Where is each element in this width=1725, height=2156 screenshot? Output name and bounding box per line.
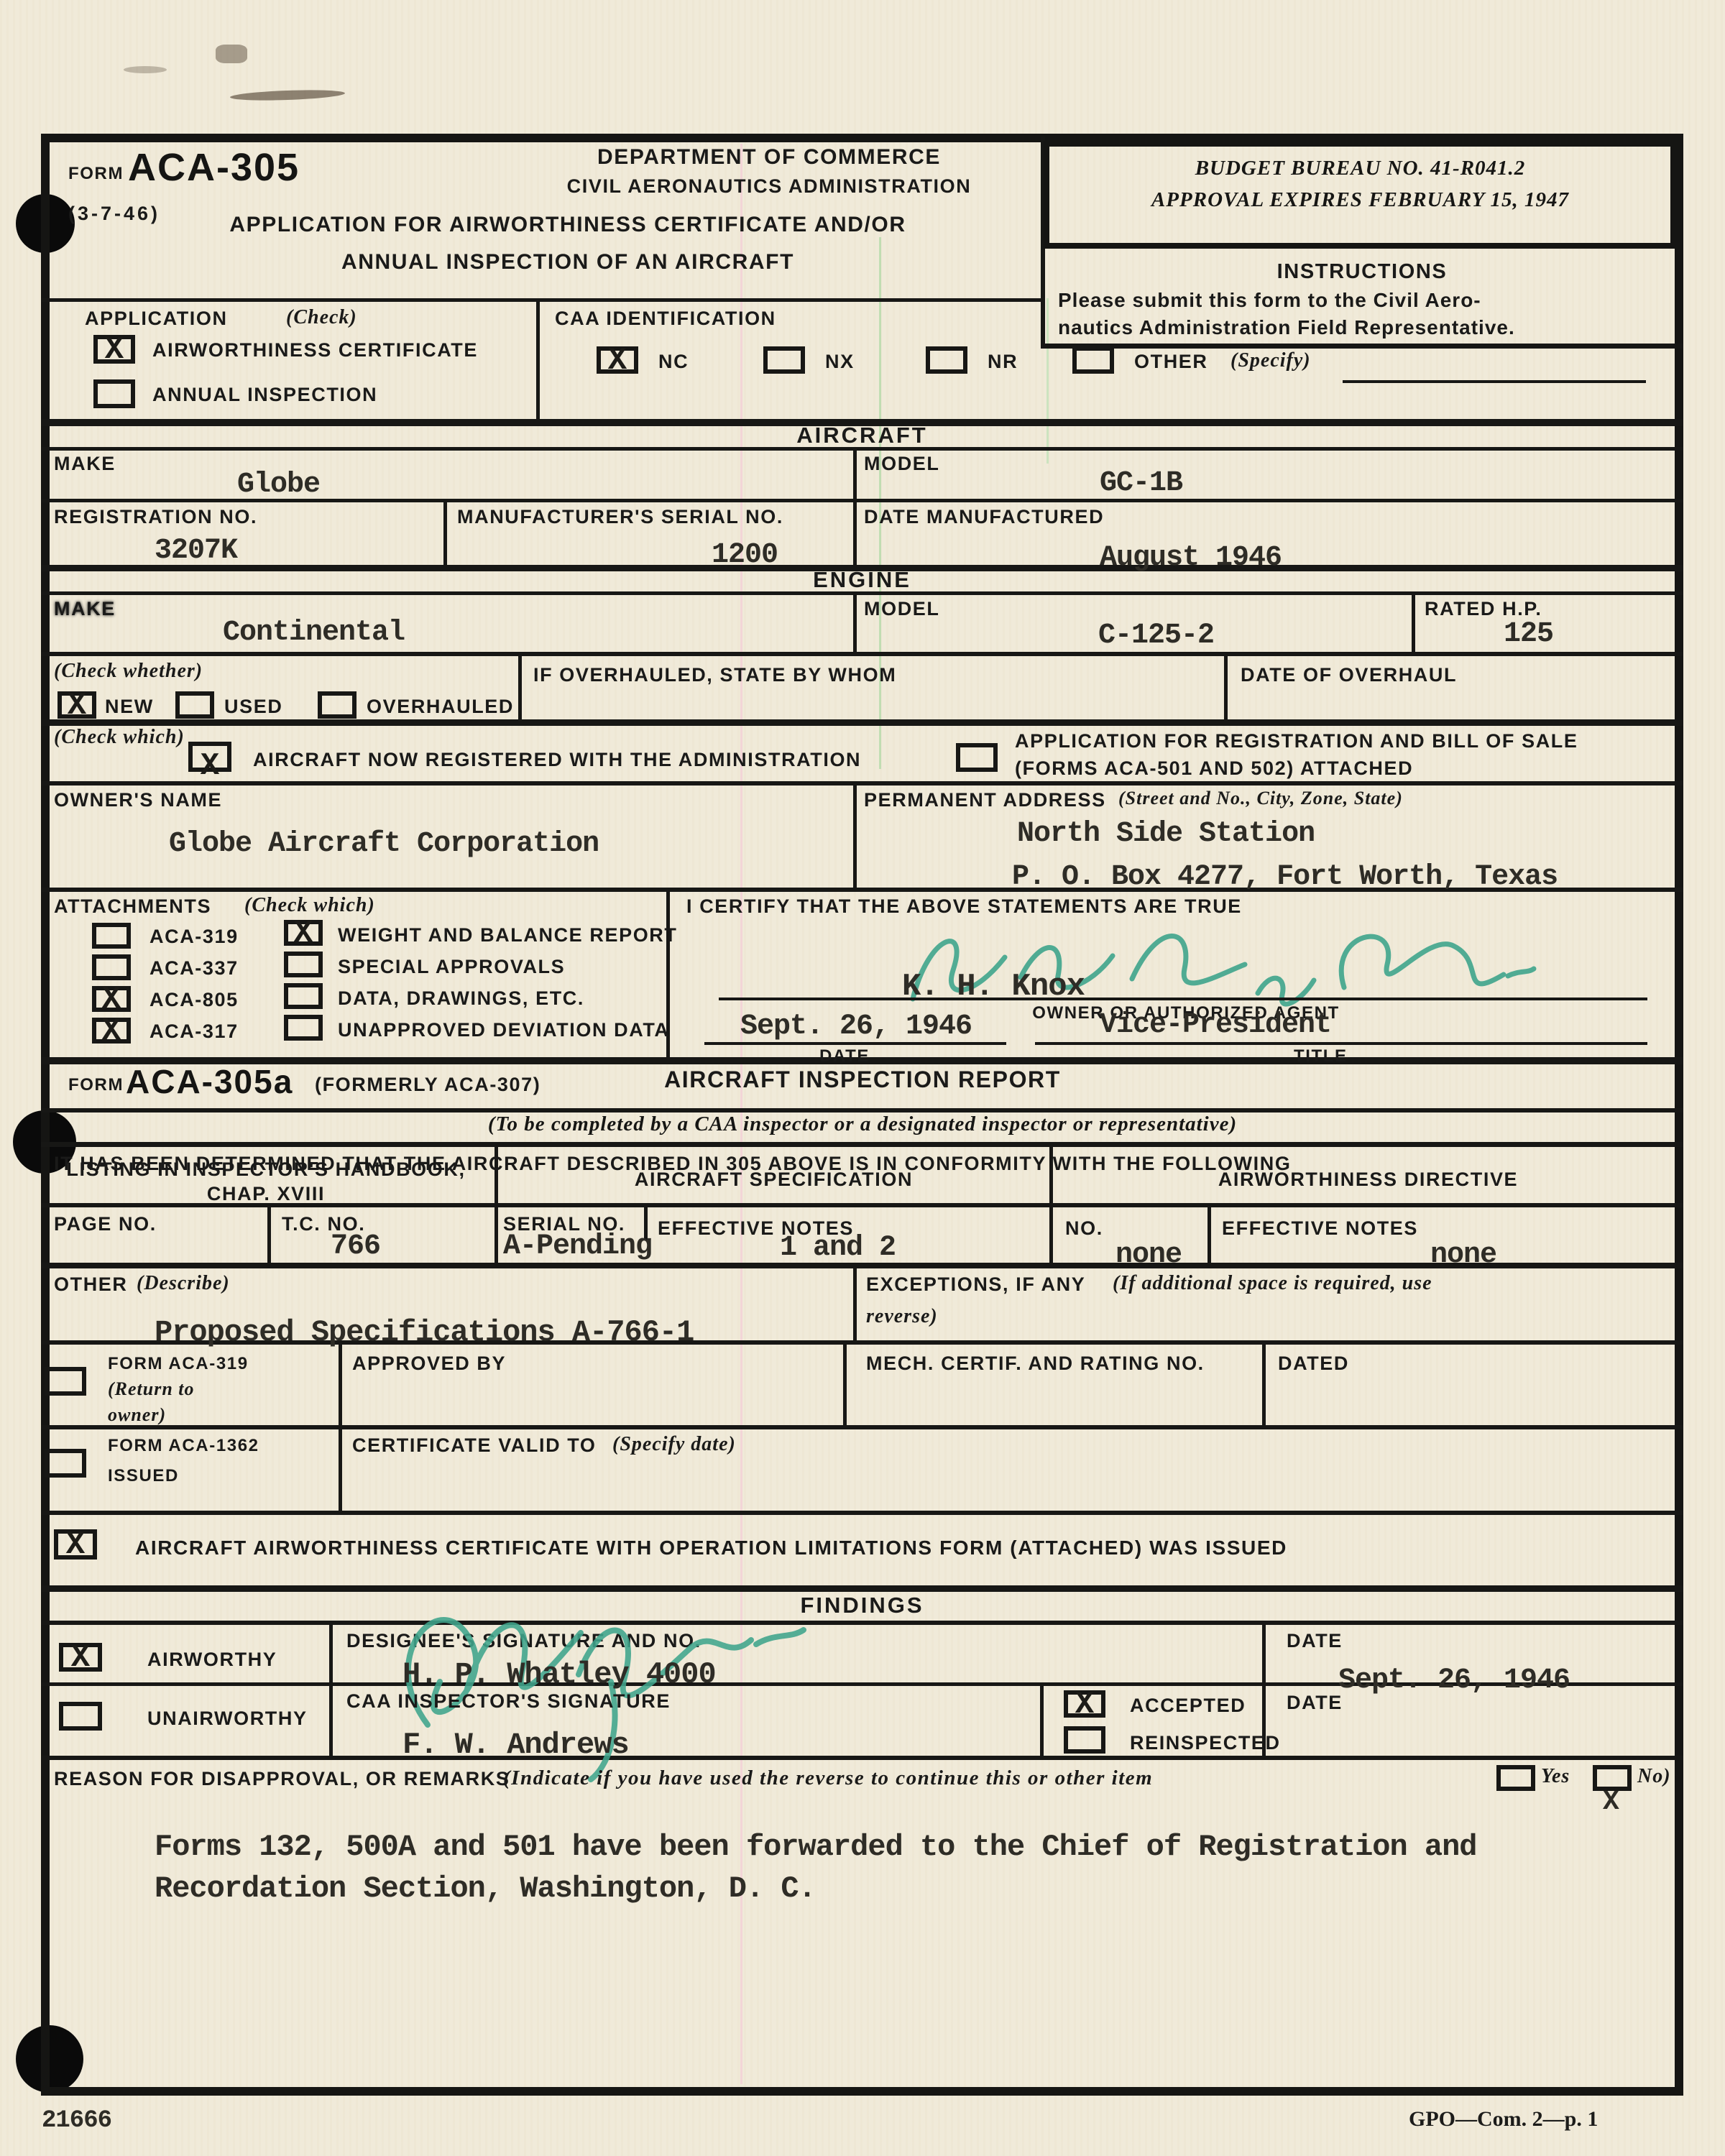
serial-no-value: A-Pending xyxy=(503,1230,652,1263)
footer-gpo: GPO—Com. 2—p. 1 xyxy=(1409,2107,1598,2132)
form-aca-319-checkbox[interactable] xyxy=(45,1367,86,1396)
application-heading: APPLICATION xyxy=(85,308,228,330)
special-approvals-label: SPECIAL APPROVALS xyxy=(338,956,565,978)
engine-make-label: MAKE xyxy=(54,598,116,620)
unapproved-deviation-label: UNAPPROVED DEVIATION DATA xyxy=(338,1019,670,1041)
budget-line2: APPROVAL EXPIRES FEBRUARY 15, 1947 xyxy=(1049,188,1671,212)
caa-other-checkbox[interactable] xyxy=(1072,346,1114,374)
form-label: FORM xyxy=(68,164,124,184)
application-heading-note: (Check) xyxy=(286,306,357,329)
305a-form-label: FORM xyxy=(68,1075,124,1095)
grid-line xyxy=(41,1142,1683,1147)
certification-date-line[interactable] xyxy=(704,1042,1006,1045)
aircraft-make-value: Globe xyxy=(237,469,320,501)
grid-line xyxy=(41,298,1041,302)
rated-hp-label: RATED H.P. xyxy=(1425,598,1542,620)
annual-inspection-checkbox[interactable] xyxy=(93,379,135,408)
ink-smudge xyxy=(230,88,345,102)
weight-balance-checkbox[interactable]: X xyxy=(284,920,323,946)
caa-nc-checkbox[interactable]: X xyxy=(597,346,638,374)
305a-form-number: ACA-305a xyxy=(126,1062,293,1101)
aca-805-label: ACA-805 xyxy=(149,989,239,1011)
engine-new-label: NEW xyxy=(105,696,154,718)
engine-overhauled-label: OVERHAULED xyxy=(367,696,514,718)
aircraft-make-label: MAKE xyxy=(54,453,116,475)
grid-line xyxy=(41,781,1683,786)
certification-title-value: Vice-President xyxy=(1100,1009,1331,1041)
grid-line xyxy=(843,1340,847,1425)
unairworthy-label: UNAIRWORTHY xyxy=(147,1708,308,1730)
rated-hp-value: 125 xyxy=(1504,618,1553,650)
accepted-label: ACCEPTED xyxy=(1130,1695,1246,1717)
caa-inspector-signature-typed: F. W. Andrews xyxy=(402,1728,629,1762)
aircraft-model-value: GC-1B xyxy=(1100,467,1182,499)
form-aca-1362-checkbox[interactable] xyxy=(45,1449,86,1478)
engine-banner: ENGINE xyxy=(41,567,1683,593)
certification-title-caption: TITLE xyxy=(1294,1046,1348,1067)
aca-317-label: ACA-317 xyxy=(149,1021,239,1043)
caa-nc-label: NC xyxy=(658,351,689,373)
engine-new-checkbox[interactable]: X xyxy=(57,691,96,719)
aircraft-spec-header: AIRCRAFT SPECIFICATION xyxy=(498,1169,1049,1191)
unapproved-deviation-checkbox[interactable] xyxy=(284,1015,323,1041)
findings-date1-label: DATE xyxy=(1287,1630,1343,1652)
reason-remarks-note: (Indicate if you have used the reverse t… xyxy=(503,1766,1153,1790)
page-no-label: PAGE NO. xyxy=(54,1213,157,1235)
remarks-text-line2: Recordation Section, Washington, D. C. xyxy=(155,1871,816,1906)
caa-nx-checkbox[interactable] xyxy=(763,346,805,374)
permanent-address-note: (Street and No., City, Zone, State) xyxy=(1118,788,1403,809)
airworthy-checkbox[interactable]: X xyxy=(59,1643,102,1672)
instructions-title: INSTRUCTIONS xyxy=(1041,260,1683,284)
reverse-no-label: No) xyxy=(1637,1765,1671,1788)
certification-date-value: Sept. 26, 1946 xyxy=(740,1010,972,1043)
grid-line xyxy=(1262,1340,1266,1425)
address-line1: North Side Station xyxy=(1017,818,1315,850)
budget-line1: BUDGET BUREAU NO. 41-R041.2 xyxy=(1049,157,1671,180)
designee-signature-typed: H. P. Whatley 4000 xyxy=(402,1657,716,1692)
exceptions-note-line1: (If additional space is required, use xyxy=(1113,1272,1432,1295)
grid-line xyxy=(1041,344,1683,349)
listing-header-line1: LISTING IN INSPECTOR'S HANDBOOK, xyxy=(43,1158,489,1181)
grid-line xyxy=(443,499,447,565)
certificate-valid-to-label: CERTIFICATE VALID TO xyxy=(352,1434,597,1457)
reinspected-checkbox[interactable] xyxy=(1064,1726,1105,1754)
exceptions-label: EXCEPTIONS, IF ANY xyxy=(866,1273,1085,1296)
aca-317-checkbox[interactable]: X xyxy=(92,1018,131,1044)
caa-other-note: (Specify) xyxy=(1230,349,1311,372)
footer-print-code: 21666 xyxy=(42,2107,111,2134)
permanent-address-label: PERMANENT ADDRESS xyxy=(864,789,1106,811)
ad-effective-notes-label: EFFECTIVE NOTES xyxy=(1222,1217,1418,1240)
engine-used-checkbox[interactable] xyxy=(175,691,214,719)
ad-no-value: none xyxy=(1115,1239,1182,1271)
grid-line xyxy=(853,591,857,652)
ad-effective-notes-value: none xyxy=(1430,1239,1496,1271)
airworthy-label: AIRWORTHY xyxy=(147,1649,277,1671)
certificate-valid-to-note: (Specify date) xyxy=(612,1433,736,1456)
form-title-line2: ANNUAL INSPECTION OF AN AIRCRAFT xyxy=(101,250,1035,275)
grid-line xyxy=(329,1621,333,1756)
data-drawings-checkbox[interactable] xyxy=(284,983,323,1009)
reason-remarks-label: REASON FOR DISAPPROVAL, OR REMARKS xyxy=(54,1768,510,1790)
grid-line xyxy=(41,1756,1683,1760)
registered-label: AIRCRAFT NOW REGISTERED WITH THE ADMINIS… xyxy=(253,749,861,771)
grid-line xyxy=(41,1585,1683,1592)
grid-line xyxy=(853,781,857,888)
listing-header-line2: CHAP. XVIII xyxy=(43,1183,489,1205)
annual-inspection-label: ANNUAL INSPECTION xyxy=(152,384,377,406)
caa-nx-label: NX xyxy=(825,351,855,373)
airworthiness-certificate-checkbox[interactable]: X xyxy=(93,335,135,364)
reverse-yes-label: Yes xyxy=(1541,1765,1570,1788)
airworthiness-issued-label: AIRCRAFT AIRWORTHINESS CERTIFICATE WITH … xyxy=(135,1537,1287,1560)
other-describe-label: OTHER xyxy=(54,1273,128,1296)
instructions-line1: Please submit this form to the Civil Aer… xyxy=(1058,289,1481,312)
reverse-yes-checkbox[interactable] xyxy=(1496,1765,1535,1791)
grid-line xyxy=(1040,1682,1044,1756)
effective-notes-value: 1 and 2 xyxy=(780,1232,896,1264)
ink-smudge xyxy=(216,45,247,63)
tc-no-value: 766 xyxy=(331,1230,380,1263)
remarks-text-line1: Forms 132, 500A and 501 have been forwar… xyxy=(155,1830,1477,1864)
grid-line xyxy=(536,298,540,420)
registration-no-value: 3207K xyxy=(155,535,237,567)
grid-line xyxy=(1224,652,1228,719)
reverse-no-mark: X xyxy=(1603,1787,1619,1818)
form-title-line1: APPLICATION FOR AIRWORTHINESS CERTIFICAT… xyxy=(101,213,1035,237)
approved-by-label: APPROVED BY xyxy=(352,1353,506,1375)
other-describe-note: (Describe) xyxy=(137,1272,230,1295)
dated-label: DATED xyxy=(1278,1353,1349,1375)
date-manufactured-label: DATE MANUFACTURED xyxy=(864,506,1104,528)
mech-certif-label: MECH. CERTIF. AND RATING NO. xyxy=(866,1353,1205,1375)
grid-line xyxy=(853,499,857,565)
form-aca-319-note2: owner) xyxy=(108,1404,166,1426)
scanned-form-aca-305: FORM ACA-305 (3-7-46) DEPARTMENT OF COMM… xyxy=(0,0,1725,2156)
attachments-heading: ATTACHMENTS xyxy=(54,895,211,918)
certification-title-line[interactable] xyxy=(1035,1042,1647,1045)
unairworthy-checkbox[interactable] xyxy=(59,1702,102,1731)
airworthiness-directive-header: AIRWORTHINESS DIRECTIVE xyxy=(1053,1169,1683,1191)
grid-line xyxy=(518,652,522,719)
findings-banner: FINDINGS xyxy=(41,1593,1683,1618)
caa-inspector-signature-label: CAA INSPECTOR'S SIGNATURE xyxy=(346,1690,671,1713)
aircraft-banner: AIRCRAFT xyxy=(41,423,1683,448)
grid-line xyxy=(41,1425,1683,1429)
engine-model-label: MODEL xyxy=(864,598,940,620)
inspection-report-subtitle: (To be completed by a CAA inspector or a… xyxy=(144,1112,1581,1136)
findings-date2-label: DATE xyxy=(1287,1692,1343,1714)
caa-nr-checkbox[interactable] xyxy=(926,346,967,374)
overhauled-by-label: IF OVERHAULED, STATE BY WHOM xyxy=(533,664,896,686)
airworthiness-issued-checkbox[interactable]: X xyxy=(54,1529,97,1560)
check-which-note: (Check which) xyxy=(54,726,185,749)
grid-line xyxy=(853,1263,857,1340)
registration-no-label: REGISTRATION NO. xyxy=(54,506,257,528)
date-of-overhaul-label: DATE OF OVERHAUL xyxy=(1241,664,1457,686)
accepted-checkbox[interactable]: X xyxy=(1064,1690,1105,1718)
mfr-serial-label: MANUFACTURER'S SERIAL NO. xyxy=(457,506,783,528)
inspection-report-title: AIRCRAFT INSPECTION REPORT xyxy=(431,1067,1294,1093)
instructions-line2: nautics Administration Field Representat… xyxy=(1058,316,1515,339)
grid-line xyxy=(41,652,1683,656)
other-specify-line[interactable] xyxy=(1343,380,1646,383)
grid-line xyxy=(853,447,857,499)
reinspected-label: REINSPECTED xyxy=(1130,1732,1281,1754)
certification-date-caption: DATE xyxy=(819,1046,870,1067)
ink-smudge xyxy=(124,66,167,73)
form-aca-1362-label: FORM ACA-1362 xyxy=(108,1436,259,1456)
form-aca-319-label: FORM ACA-319 xyxy=(108,1354,249,1374)
caa-identification-heading: CAA IDENTIFICATION xyxy=(555,308,776,330)
form-number: ACA-305 xyxy=(128,145,300,190)
dept-line1: DEPARTMENT OF COMMERCE xyxy=(496,145,1042,170)
grid-line xyxy=(41,719,1683,726)
exceptions-note-line2: reverse) xyxy=(866,1305,938,1328)
address-line2: P. O. Box 4277, Fort Worth, Texas xyxy=(1012,861,1558,893)
aca-319-checkbox[interactable] xyxy=(92,923,131,949)
registration-attached-checkbox[interactable] xyxy=(956,743,998,772)
attachments-heading-note: (Check which) xyxy=(244,894,375,917)
grid-line xyxy=(1412,591,1415,652)
registered-checkbox[interactable]: X xyxy=(188,742,231,772)
registration-attached-line2: (FORMS ACA-501 AND 502) ATTACHED xyxy=(1015,757,1413,780)
engine-used-label: USED xyxy=(224,696,282,718)
grid-line xyxy=(1207,1203,1211,1263)
ad-no-label: NO. xyxy=(1065,1217,1103,1240)
grid-line xyxy=(41,1511,1683,1515)
aca-319-label: ACA-319 xyxy=(149,926,239,948)
aca-337-label: ACA-337 xyxy=(149,957,239,980)
engine-overhauled-checkbox[interactable] xyxy=(318,691,356,719)
check-whether-note: (Check whether) xyxy=(54,660,203,683)
form-aca-319-note1: (Return to xyxy=(108,1378,195,1400)
aircraft-model-label: MODEL xyxy=(864,453,940,475)
caa-other-label: OTHER xyxy=(1134,351,1208,373)
registration-attached-line1: APPLICATION FOR REGISTRATION AND BILL OF… xyxy=(1015,730,1578,752)
grid-line xyxy=(41,1621,1683,1625)
grid-line xyxy=(267,1203,271,1263)
owner-name-label: OWNER'S NAME xyxy=(54,789,222,811)
owner-name-value: Globe Aircraft Corporation xyxy=(169,828,599,860)
owner-signature-line[interactable] xyxy=(719,998,1647,1000)
aca-337-checkbox[interactable] xyxy=(92,954,131,980)
findings-date1-value: Sept. 26, 1946 xyxy=(1338,1664,1570,1697)
engine-make-value: Continental xyxy=(223,617,405,649)
special-approvals-checkbox[interactable] xyxy=(284,952,323,977)
airworthiness-certificate-label: AIRWORTHINESS CERTIFICATE xyxy=(152,339,478,361)
other-describe-value: Proposed Specifications A-766-1 xyxy=(155,1315,694,1350)
engine-model-value: C-125-2 xyxy=(1098,619,1214,652)
caa-nr-label: NR xyxy=(988,351,1018,373)
grid-line xyxy=(339,1340,342,1511)
form-aca-1362-issued: ISSUED xyxy=(108,1466,179,1486)
aca-805-checkbox[interactable]: X xyxy=(92,986,131,1012)
data-drawings-label: DATA, DRAWINGS, ETC. xyxy=(338,987,584,1010)
owner-signature-typed: K. H. Knox xyxy=(902,969,1085,1005)
weight-balance-label: WEIGHT AND BALANCE REPORT xyxy=(338,924,678,946)
dept-line2: CIVIL AERONAUTICS ADMINISTRATION xyxy=(496,175,1042,198)
